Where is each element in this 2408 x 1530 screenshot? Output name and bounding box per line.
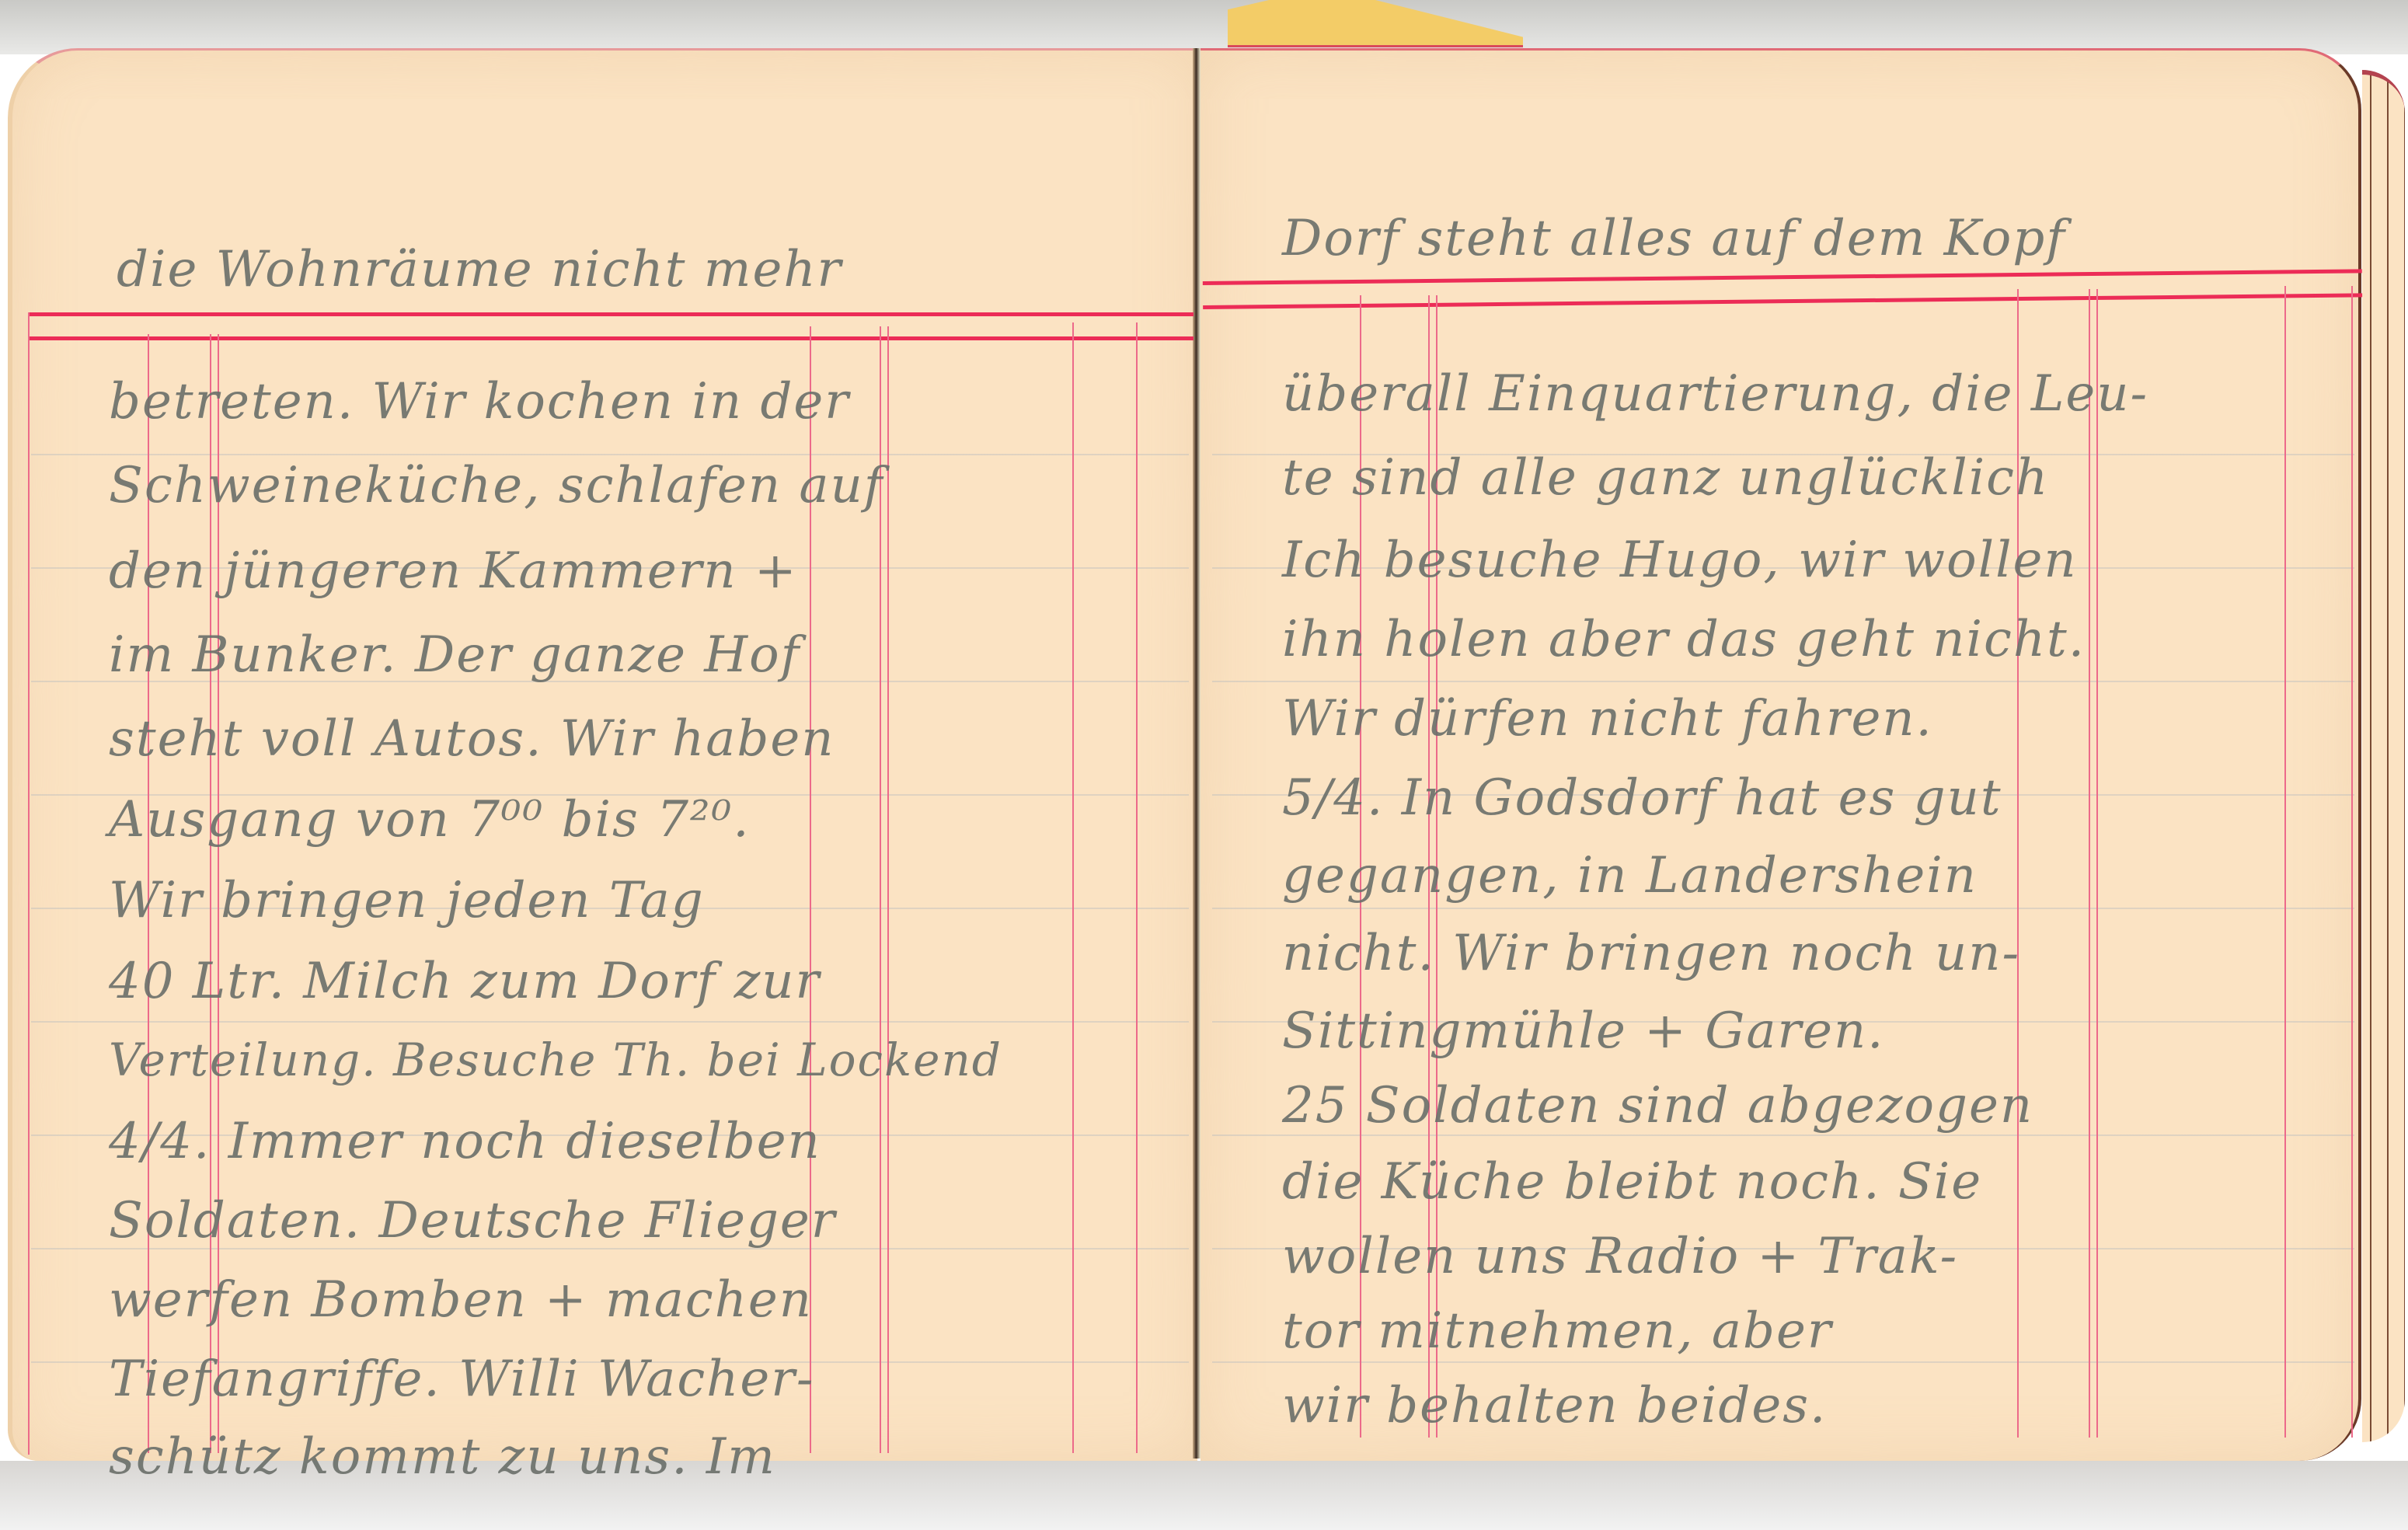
right-text-line: Ich besuche Hugo, wir wollen bbox=[1282, 531, 2078, 589]
left-text-line: Tiefangriffe. Willi Wacher- bbox=[109, 1351, 814, 1408]
left-header-rule bbox=[28, 312, 1194, 340]
left-text-line: Wir bringen jeden Tag bbox=[109, 872, 705, 929]
right-column-line bbox=[2284, 286, 2286, 1438]
right-column-line bbox=[2351, 286, 2353, 1438]
left-text-line: schütz kommt zu uns. Im bbox=[109, 1428, 776, 1486]
left-text-line: Soldaten. Deutsche Flieger bbox=[109, 1192, 836, 1249]
right-text-line: ihn holen aber das geht nicht. bbox=[1282, 611, 2086, 668]
left-text-line: 40 Ltr. Milch zum Dorf zur bbox=[109, 953, 821, 1010]
right-text-line: Sittingmühle + Garen. bbox=[1282, 1002, 1885, 1060]
right-text-line: wollen uns Radio + Trak- bbox=[1282, 1228, 1958, 1285]
right-text-line: die Küche bleibt noch. Sie bbox=[1282, 1153, 1982, 1211]
right-column-line bbox=[2089, 289, 2098, 1438]
spine-gutter bbox=[1193, 48, 1201, 1459]
right-text-line: überall Einquartierung, die Leu- bbox=[1282, 365, 2148, 423]
left-header-line: die Wohnräume nicht mehr bbox=[117, 241, 842, 298]
left-text-line: im Bunker. Der ganze Hof bbox=[109, 626, 800, 684]
right-header-line: Dorf steht alles auf dem Kopf bbox=[1282, 210, 2066, 267]
left-text-line: werfen Bomben + machen bbox=[109, 1271, 813, 1329]
right-text-line: 5/4. In Godsdorf hat es gut bbox=[1282, 769, 2002, 827]
left-text-line: Verteilung. Besuche Th. bei Lockend bbox=[109, 1033, 1002, 1086]
left-text-line: Schweineküche, schlafen auf bbox=[109, 457, 883, 514]
right-text-line: te sind alle ganz unglücklich bbox=[1282, 449, 2049, 507]
left-text-line: den jüngeren Kammern + bbox=[109, 542, 798, 600]
right-text-line: 25 Soldaten sind abgezogen bbox=[1282, 1077, 2033, 1134]
left-text-line: steht voll Autos. Wir haben bbox=[109, 710, 835, 768]
page-edge-stack bbox=[2362, 70, 2405, 1442]
right-text-line: nicht. Wir bringen noch un- bbox=[1282, 925, 2020, 982]
right-text-line: wir behalten beides. bbox=[1282, 1377, 1827, 1434]
left-text-line: betreten. Wir kochen in der bbox=[109, 373, 850, 430]
left-column-line bbox=[1072, 322, 1074, 1453]
right-text-line: gegangen, in Landershein bbox=[1282, 847, 1978, 904]
right-text-line: Wir dürfen nicht fahren. bbox=[1282, 690, 1933, 748]
left-margin-line bbox=[28, 312, 30, 1455]
right-text-line: tor mitnehmen, aber bbox=[1282, 1302, 1832, 1360]
scan-background-top bbox=[0, 0, 2408, 54]
left-text-line: Ausgang von 7⁰⁰ bis 7²⁰. bbox=[109, 791, 751, 849]
left-column-line bbox=[1136, 322, 1138, 1453]
left-text-line: 4/4. Immer noch dieselben bbox=[109, 1113, 821, 1170]
